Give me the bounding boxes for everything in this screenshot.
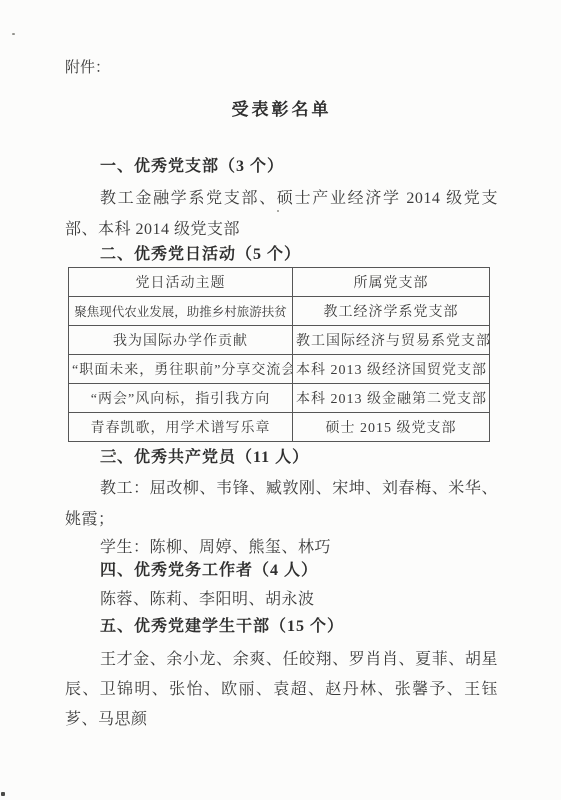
party-branch-cell: 教工国际经济与贸易系党支部 [293,326,490,355]
table-header-row: 党日活动主题 所属党支部 [69,268,490,297]
scan-edge-artifact [1,792,5,796]
party-branch-cell: 本科 2013 级金融第二党支部 [293,384,490,413]
party-day-activities-table: 党日活动主题 所属党支部 聚焦现代农业发展，助推乡村旅游扶贫 教工经济学系党支部… [68,267,490,442]
table-row: 聚焦现代农业发展，助推乡村旅游扶贫 教工经济学系党支部 [69,297,490,326]
section-1-body: 教工金融学系党支部、硕士产业经济学 2014 级党支部、本科 2014 级党支部 [65,183,498,245]
section-1-heading: 一、优秀党支部（3 个） [65,157,498,177]
activity-theme-cell: “职面未来，勇往职前”分享交流会 [69,355,293,384]
table-row: “职面未来，勇往职前”分享交流会 本科 2013 级经济国贸党支部 [69,355,490,384]
document-content: 附件： 受表彰名单 一、优秀党支部（3 个） 教工金融学系党支部、硕士产业经济学… [65,58,498,735]
table-header-party-branch: 所属党支部 [293,268,490,297]
section-3-student-names: 学生：陈柳、周婷、熊玺、林巧 [65,535,498,561]
party-branch-cell: 教工经济学系党支部 [293,297,490,326]
table-header-activity-theme: 党日活动主题 [69,268,293,297]
section-5-heading: 五、优秀党建学生干部（15 个） [65,617,498,637]
activity-theme-cell: “两会”风向标，指引我方向 [69,384,293,413]
section-5-names: 王才金、余小龙、余爽、任皎翔、罗肖肖、夏菲、胡星辰、卫锦明、张怡、欧丽、袁超、赵… [65,645,498,735]
section-4-names: 陈蓉、陈莉、李阳明、胡永波 [65,587,498,613]
party-branch-cell: 硕士 2015 级党支部 [293,413,490,442]
activity-theme-cell: 青春凯歌，用学术谱写乐章 [69,413,293,442]
section-4-heading: 四、优秀党务工作者（4 人） [65,561,498,581]
party-branch-cell: 本科 2013 级经济国贸党支部 [293,355,490,384]
table-row: 我为国际办学作贡献 教工国际经济与贸易系党支部 [69,326,490,355]
section-2-heading: 二、优秀党日活动（5 个） [65,245,498,265]
document-title: 受表彰名单 [65,99,498,121]
table-row: 青春凯歌，用学术谱写乐章 硕士 2015 级党支部 [69,413,490,442]
attachment-label: 附件： [65,58,498,79]
activity-theme-cell: 我为国际办学作贡献 [69,326,293,355]
activity-theme-cell: 聚焦现代农业发展，助推乡村旅游扶贫 [69,297,293,326]
scanned-document-page: 附件： 受表彰名单 一、优秀党支部（3 个） 教工金融学系党支部、硕士产业经济学… [0,0,561,800]
section-3-faculty-names: 教工：屈改柳、韦锋、臧敦刚、宋坤、刘春梅、米华、姚霞； [65,473,498,535]
section-3-heading: 三、优秀共产党员（11 人） [65,448,498,468]
scan-speck [12,33,15,35]
table-row: “两会”风向标，指引我方向 本科 2013 级金融第二党支部 [69,384,490,413]
